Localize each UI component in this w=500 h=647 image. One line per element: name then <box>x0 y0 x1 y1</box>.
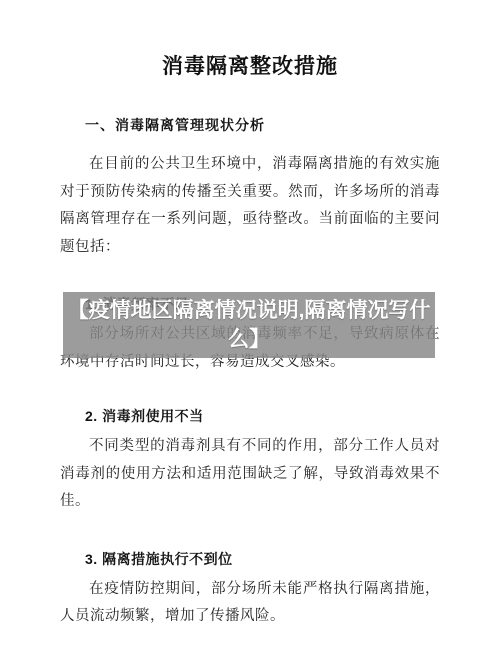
section-heading-current-status: 一、消毒隔离管理现状分析 <box>85 115 440 135</box>
item-2-paragraph: 不同类型的消毒剂具有不同的作用，部分工作人员对消毒剂的使用方法和适用范围缺乏了解… <box>60 433 440 516</box>
document-page: 消毒隔离整改措施 一、消毒隔离管理现状分析 在目前的公共卫生环境中，消毒隔离措施… <box>0 0 500 647</box>
document-title: 消毒隔离整改措施 <box>60 50 440 80</box>
watermark-text: 【疫情地区隔离情况说明,隔离情况写什么】 <box>67 296 431 354</box>
section-intro-paragraph: 在目前的公共卫生环境中，消毒隔离措施的有效实施对于预防传染病的传播至关重要。然而… <box>60 151 440 261</box>
item-3-paragraph: 在疫情防控期间，部分场所未能严格执行隔离措施，人员流动频繁，增加了传播风险。 <box>60 576 440 631</box>
item-3-heading-isolation-enforcement: 3. 隔离措施执行不到位 <box>85 549 440 569</box>
watermark-overlay-band: 【疫情地区隔离情况说明,隔离情况写什么】 <box>63 292 435 358</box>
item-2-heading-disinfectant-misuse: 2. 消毒剂使用不当 <box>85 406 440 426</box>
